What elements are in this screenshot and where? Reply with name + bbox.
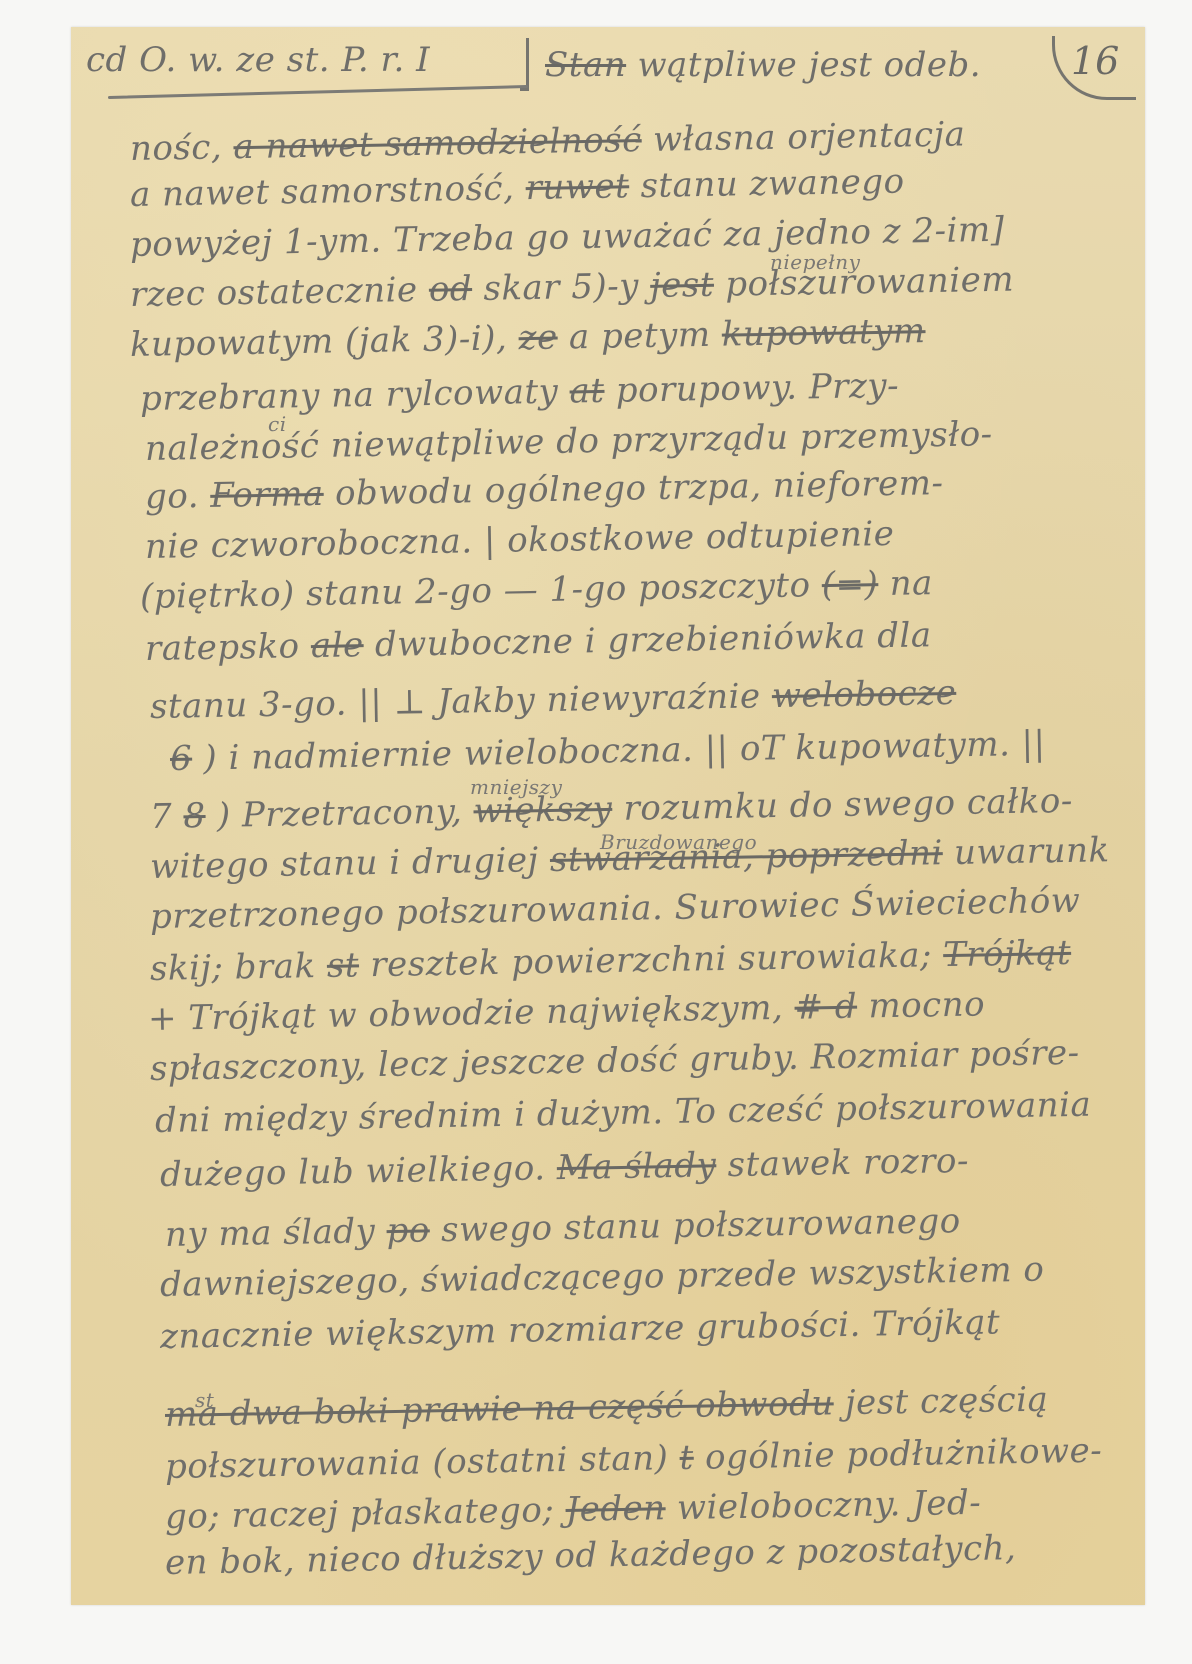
margin-mark: + (148, 998, 178, 1039)
line-text: 7 (150, 797, 173, 837)
line-text: przebrany na rylcowaty (140, 372, 559, 419)
header-reference: cd O. w. ze st. P. r. I (86, 40, 430, 80)
struck-text: Ma ślady (557, 1145, 717, 1188)
line-text: ogólnie podłużnikowe- (705, 1431, 1103, 1478)
line-text: a petym (569, 315, 711, 357)
line-text: dużego lub wielkiego. (160, 1148, 546, 1195)
header-reference-text: cd O. w. ze st. P. r. I (86, 40, 430, 80)
struck-text: ze (518, 318, 558, 359)
struck-text: Trójkąt (943, 933, 1072, 975)
line-text: na (889, 563, 933, 604)
scanned-page: cd O. w. ze st. P. r. I Stan wątpliwe je… (0, 0, 1192, 1664)
line-text: ) Przetracony, (217, 792, 463, 836)
line-text: witego stanu i drugiej (150, 840, 539, 887)
line-text: porupowy. Przy- (615, 366, 899, 411)
struck-text: Stan (545, 45, 626, 85)
header-continuation: Stan wątpliwe jest odeb. (545, 48, 981, 82)
line-text: ny ma ślady (165, 1211, 376, 1255)
header-bracket (520, 38, 529, 91)
line-text: wątpliwe jest odeb. (637, 45, 981, 85)
struck-text: at (569, 371, 605, 412)
struck-text: 6 (170, 739, 193, 779)
struck-text: welobocze (772, 673, 957, 716)
line-text: kupowatym (jak 3)-i), (130, 318, 508, 365)
line-text: jest częścią (845, 1380, 1049, 1424)
struck-text: ruwet (525, 166, 629, 208)
line-text: go; raczej płaskatego; (165, 1490, 555, 1537)
line-text: własna orjentacja (653, 114, 966, 159)
line-text: skij; brak (150, 946, 316, 989)
line-text: stawek rozro- (727, 1141, 969, 1185)
struck-text: kupowatym (721, 311, 925, 355)
struck-text: większy (473, 789, 612, 831)
struck-text: a nawet samodzielność (233, 120, 642, 167)
line-text: go. (145, 476, 200, 517)
line-text: uwarunk (954, 830, 1110, 873)
struck-text: ale (311, 625, 364, 666)
line-text: wieloboczny. Jed- (677, 1483, 982, 1528)
line-text: ratepsko (145, 626, 300, 669)
struck-text: t (679, 1438, 694, 1478)
line-text: stanu zwanego (640, 161, 905, 206)
struck-text: po (386, 1210, 430, 1251)
line-text: rzec ostatecznie (130, 270, 418, 315)
line-text: skar 5)-y (483, 266, 639, 309)
struck-text: (=) (821, 564, 878, 605)
line-text: mocno (868, 984, 985, 1026)
struck-text: 8 (183, 796, 206, 836)
struck-text: jest (650, 265, 714, 306)
line-text: połszurowaniem (725, 260, 1014, 305)
line-text: nośc, (130, 127, 223, 169)
struck-text: stwarzania, poprzedni (550, 833, 944, 880)
struck-text: od (429, 269, 473, 310)
line-text: rozumku do swego całko- (623, 781, 1073, 829)
struck-text: Jeden (565, 1488, 666, 1530)
struck-text: Forma (210, 474, 324, 516)
struck-text: # d (794, 987, 857, 1028)
line-text: a nawet samorstność, (130, 168, 515, 215)
struck-text: st (327, 945, 360, 986)
